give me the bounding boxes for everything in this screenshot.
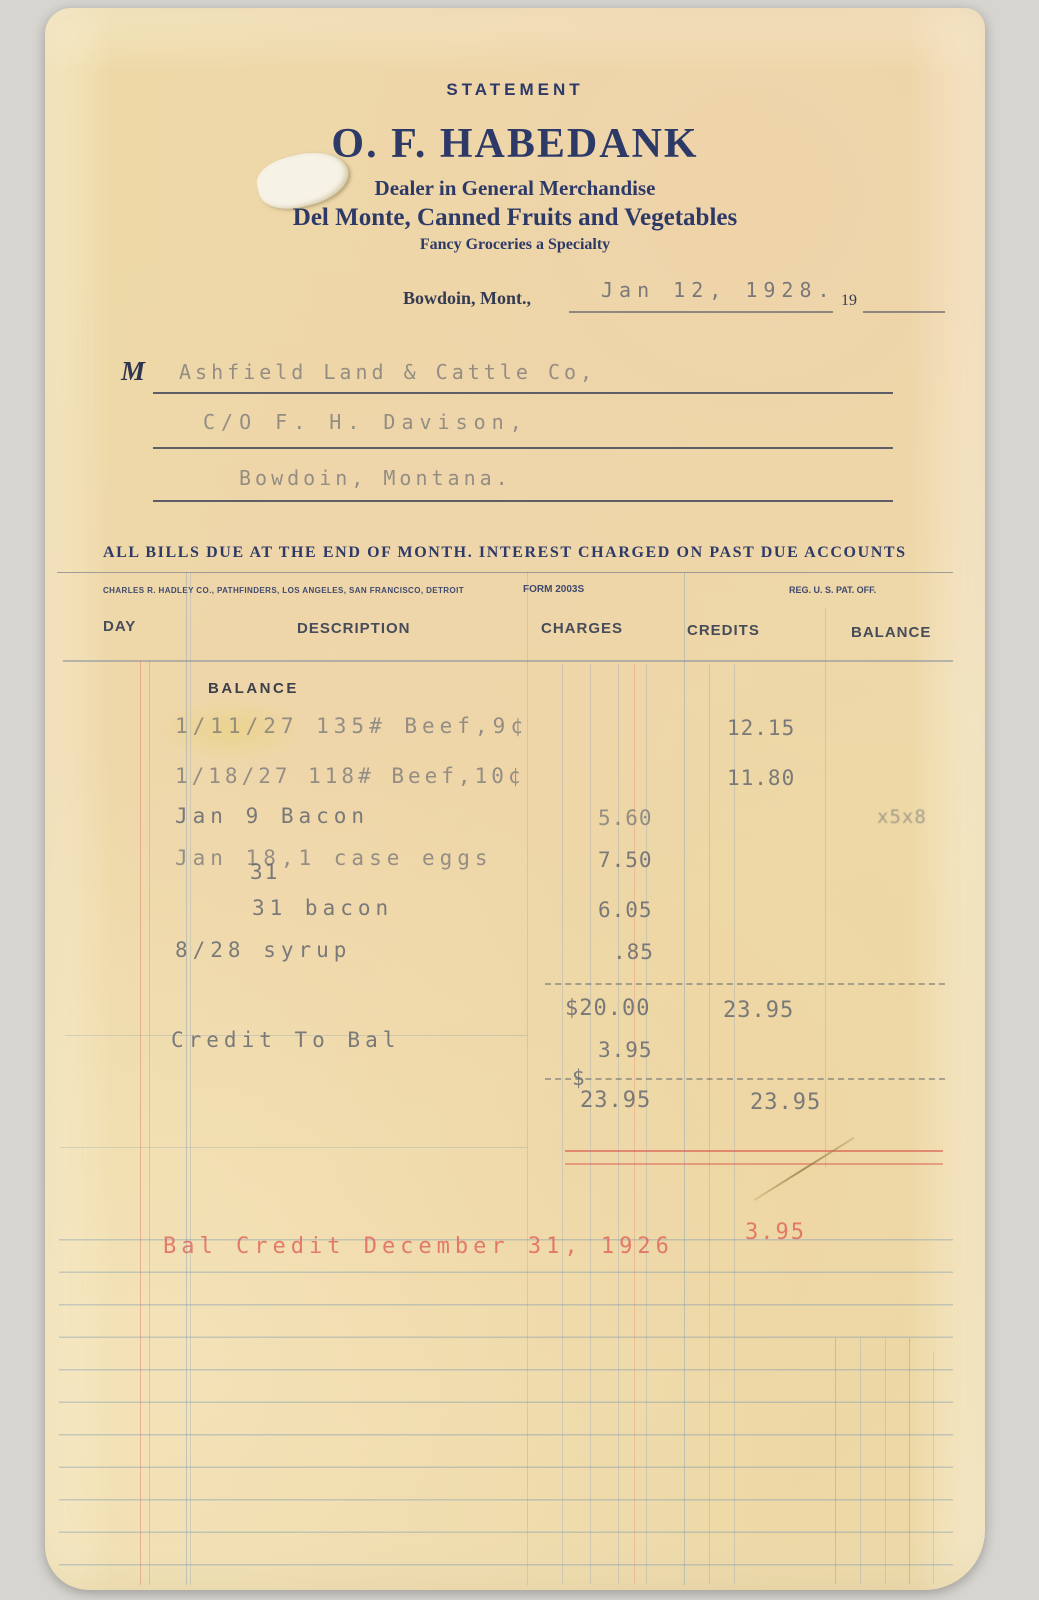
- ledger-row-description: 31 bacon: [252, 896, 393, 920]
- closing-red-rule-1: [565, 1150, 943, 1152]
- company-name: O. F. HABEDANK: [45, 120, 985, 168]
- ledger-ruling: [59, 1208, 953, 1580]
- m-label: M: [121, 356, 145, 387]
- statement-label: STATEMENT: [45, 80, 985, 100]
- ledger-row-charge: .85: [613, 940, 654, 964]
- column-header-charges: CHARGES: [541, 620, 623, 637]
- ledger-row-description: 8/28 syrup: [175, 938, 351, 962]
- form-number: FORM 2003S: [523, 584, 584, 595]
- column-header-day: DAY: [103, 618, 136, 635]
- balance-credit-stamp: Bal Credit December 31, 1926: [163, 1234, 674, 1259]
- mid-rule-2: [60, 1147, 527, 1148]
- addressee-rule-2: [153, 447, 893, 449]
- company-tagline-3: Fancy Groceries a Specialty: [45, 236, 985, 254]
- ledger-row-credit: 11.80: [727, 766, 795, 790]
- statement-paper: STATEMENT O. F. HABEDANK Dealer in Gener…: [45, 8, 985, 1590]
- printer-credit: CHARLES R. HADLEY CO., PATHFINDERS, LOS …: [103, 586, 464, 595]
- company-tagline-2: Del Monte, Canned Fruits and Vegetables: [45, 204, 985, 232]
- ledger-row-charge: 7.50: [598, 848, 653, 872]
- table-header-rule: [63, 660, 953, 662]
- column-header-balance: BALANCE: [851, 624, 931, 641]
- typed-addressee-3: Bowdoin, Montana.: [239, 466, 512, 490]
- credit-to-bal-label: Credit To Bal: [171, 1028, 400, 1052]
- closing-red-rule-2: [565, 1163, 943, 1165]
- ledger-row-credit: 12.15: [727, 716, 795, 740]
- column-header-credits: CREDITS: [687, 622, 760, 639]
- paper-crease: [753, 1137, 854, 1201]
- patent-notice: REG. U. S. PAT. OFF.: [789, 585, 876, 595]
- subtotal-rule: [545, 983, 945, 985]
- credit-to-bal-amount: 3.95: [598, 1038, 653, 1062]
- bills-due-notice: ALL BILLS DUE AT THE END OF MONTH. INTER…: [103, 544, 907, 562]
- total-credits: 23.95: [750, 1090, 821, 1115]
- year-prefix: 19: [841, 292, 857, 310]
- typed-addressee-1: Ashfield Land & Cattle Co,: [179, 360, 596, 384]
- subtotal-charges: $20.00: [565, 996, 650, 1021]
- ledger-row-overstrike: 31: [250, 860, 279, 884]
- addressee-rule-1: [153, 392, 893, 394]
- subtotal-credits: 23.95: [723, 998, 794, 1023]
- notice-rule: [57, 572, 953, 573]
- ledger-row-description: 1/18/27 118# Beef,10¢: [175, 764, 525, 788]
- addressee-rule-3: [153, 500, 893, 502]
- ledger-row-description: 1/11/27 135# Beef,9¢: [175, 714, 528, 738]
- date-underline: [569, 311, 833, 313]
- balance-credit-amount: 3.95: [745, 1220, 806, 1245]
- year-underline: [863, 311, 945, 313]
- ledger-row-description: Jan 9 Bacon: [175, 804, 369, 828]
- ledger-row-balance-smudge: x5x8: [877, 806, 927, 828]
- typed-addressee-2: C/O F. H. Davison,: [203, 410, 528, 434]
- place-label: Bowdoin, Mont.,: [403, 288, 531, 309]
- total-rule: [545, 1078, 945, 1080]
- balance-row-label: BALANCE: [208, 680, 299, 697]
- ledger-row-charge: 5.60: [598, 806, 653, 830]
- ledger-row-description: Jan 18,1 case eggs: [175, 846, 493, 870]
- typed-date: Jan 12, 1928.: [601, 278, 836, 302]
- credits-balance-divider: [825, 608, 826, 1168]
- company-tagline-1: Dealer in General Merchandise: [45, 176, 985, 201]
- total-dollar-sign: $: [572, 1066, 585, 1090]
- total-charges: 23.95: [580, 1088, 651, 1113]
- column-header-description: DESCRIPTION: [297, 620, 411, 637]
- ledger-row-charge: 6.05: [598, 898, 653, 922]
